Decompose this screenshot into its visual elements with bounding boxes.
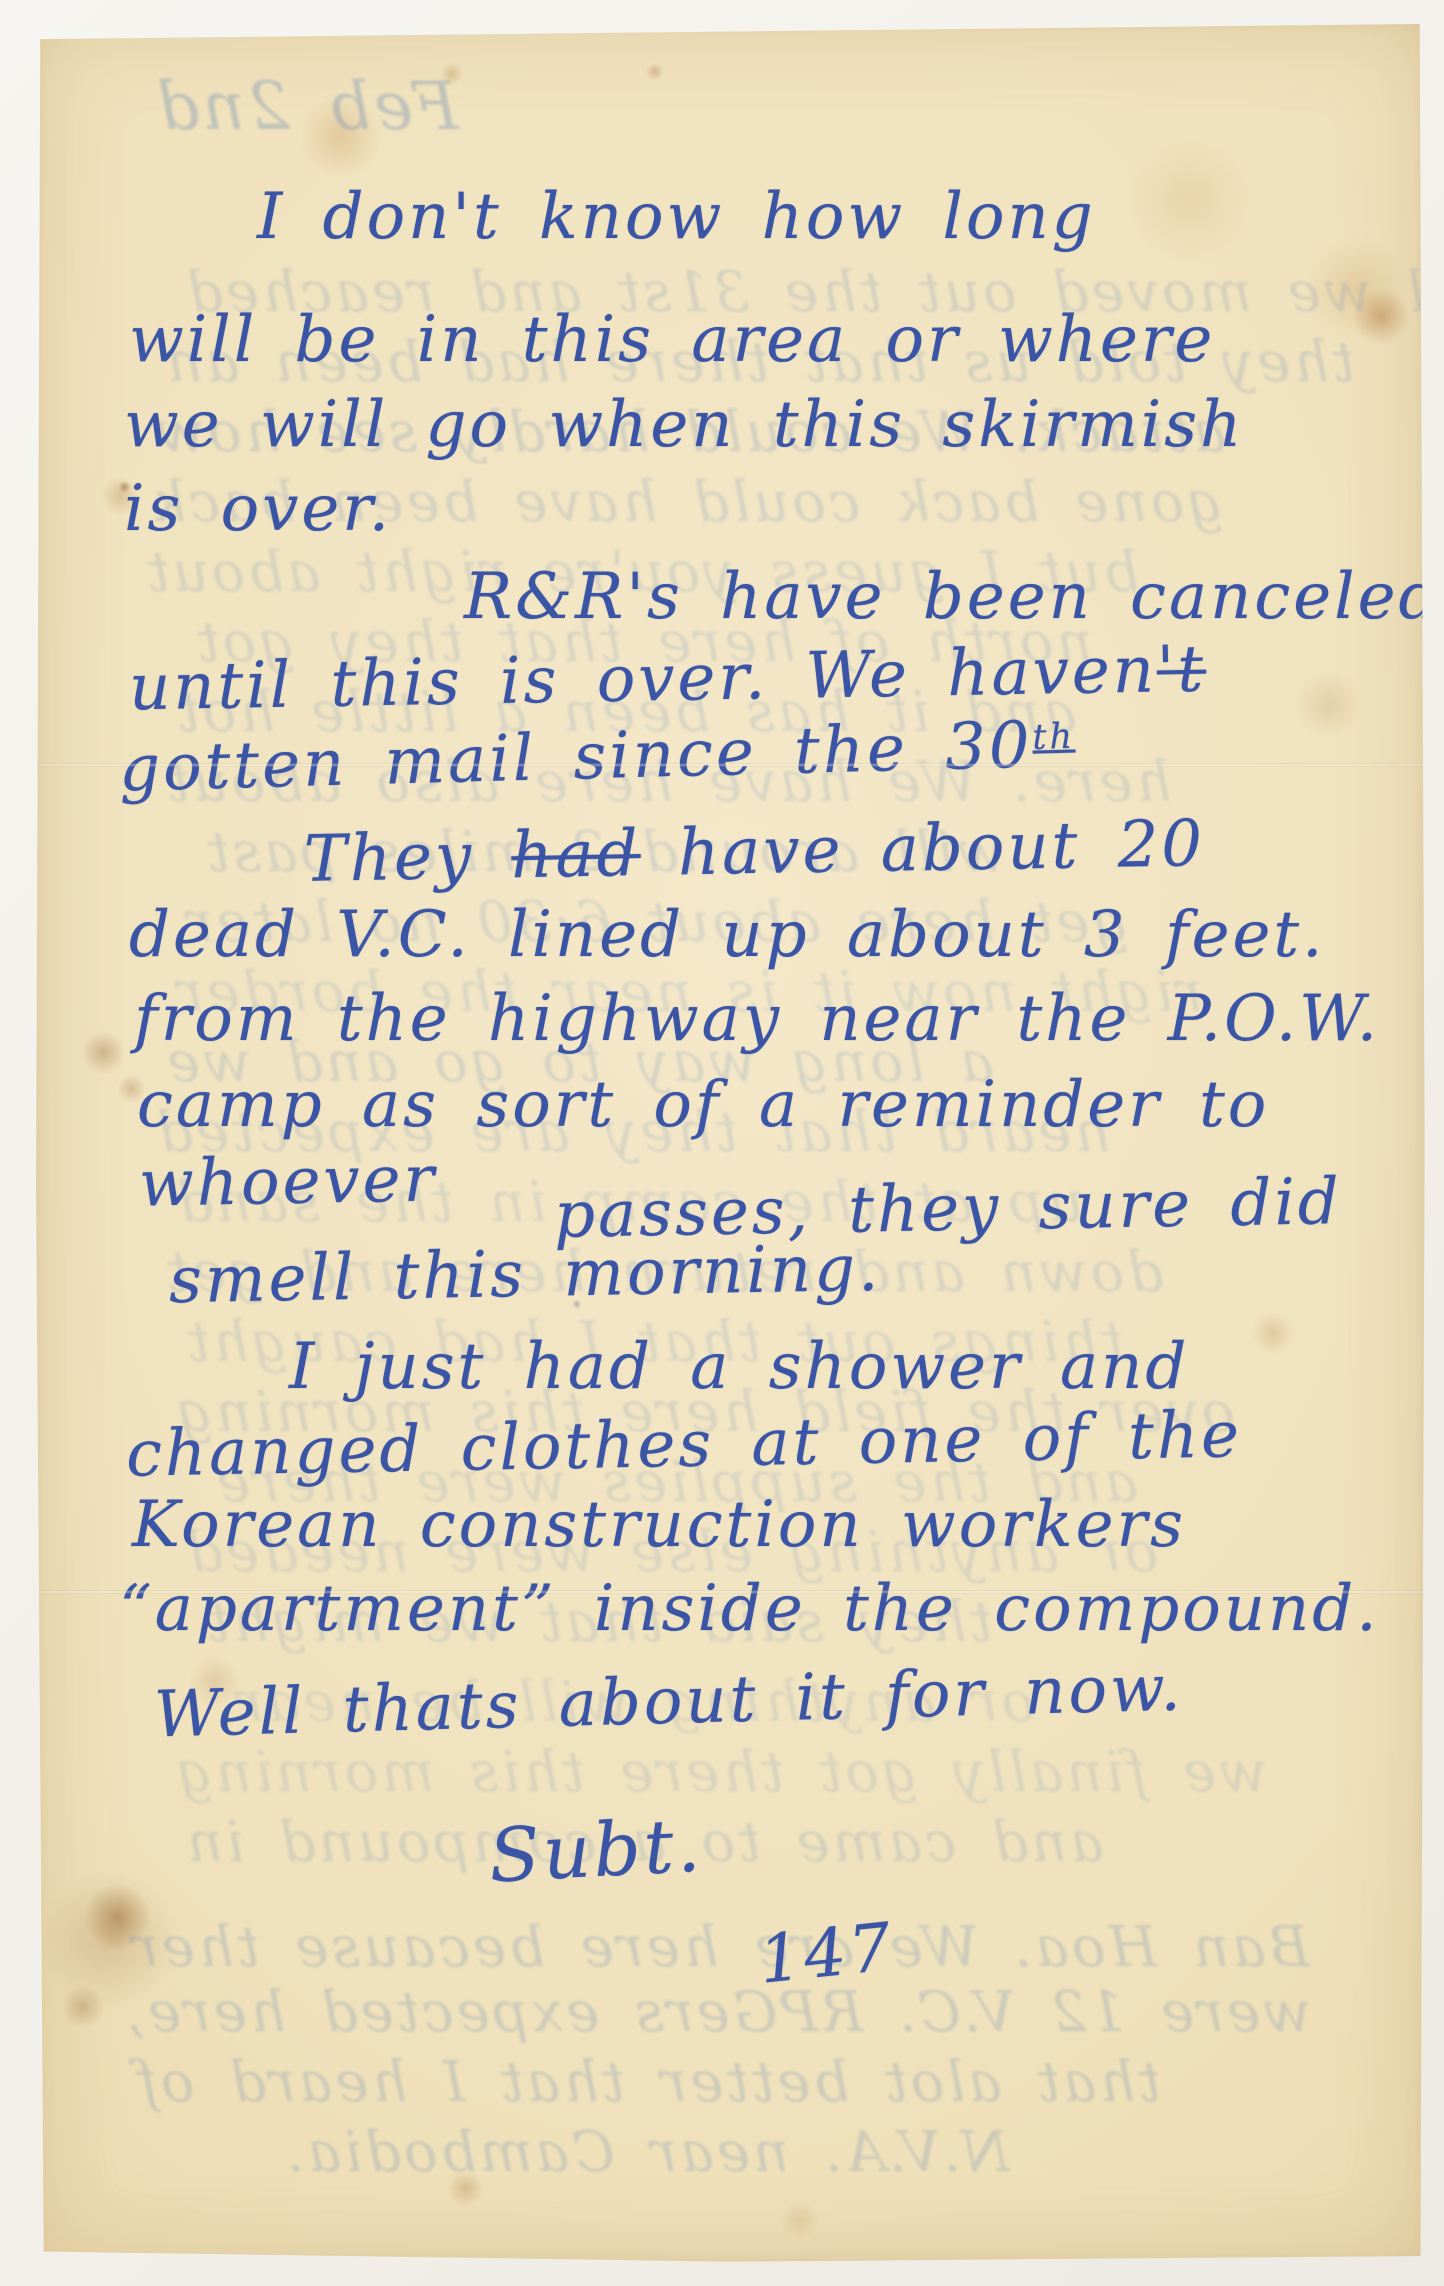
line-18: Well thats about it for now. [153,1652,1184,1753]
line-4: is over. [124,472,392,546]
bleedthrough-line: that alot better that I heard of [134,2050,1161,2115]
bleedthrough-line: were 12 V.C. RPGers expected here, [124,1980,1311,2045]
struck-text: 't [1156,633,1207,708]
ink-text: have about 20 [640,807,1206,891]
scan-background: Feb 2ndWell we moved out the 31st and re… [0,0,1444,2286]
bleedthrough-line: we finally got there this morning [174,1740,1267,1805]
ink-text: I just had a shower and [289,1330,1189,1404]
line-3: we will go when this skirmish [124,388,1244,462]
ink-text: camp as sort of a reminder to [137,1068,1269,1142]
ink-text: whoever [138,1142,437,1221]
page-number: 147 [755,1908,897,1999]
line-8: They had have about 20 [303,807,1205,897]
line-11: camp as sort of a reminder to [137,1068,1269,1142]
line-2: will be in this area or where [129,303,1215,377]
ink-text: will be in this area or where [129,303,1215,377]
ink-text: Well thats about it for now. [153,1652,1184,1753]
line-5: R&R's have been canceled [464,560,1442,634]
ink-text: from the highway near the P.O.W. [134,982,1380,1056]
line-12a: whoever [138,1142,437,1221]
ink-text: dead V.C. lined up about 3 feet. [129,898,1325,972]
ink-text: we will go when this skirmish [124,388,1244,462]
ink-text: is over. [124,472,392,546]
line-16: Korean construction workers [132,1488,1186,1562]
superscript-text: th [1032,716,1076,758]
ink-text: R&R's have been canceled [464,560,1442,634]
ink-text: I don't know how long [257,180,1096,254]
line-10: from the highway near the P.O.W. [134,982,1380,1056]
ink-text: Korean construction workers [132,1488,1186,1562]
line-13: smell this morning. [168,1232,881,1318]
ink-text: They [303,819,512,897]
ink-text: smell this morning. [168,1232,881,1318]
ink-text: 147 [755,1908,897,1999]
ink-text: changed clothes at one of the [125,1398,1242,1491]
line-15: changed clothes at one of the [125,1398,1242,1491]
ink-text: “apartment” inside the compound. [119,1572,1380,1646]
bleedthrough-line: N.V.A. near Cambodia. [284,2120,1010,2185]
line-14: I just had a shower and [289,1330,1189,1404]
line-17: “apartment” inside the compound. [119,1572,1380,1646]
letter-page: Feb 2ndWell we moved out the 31st and re… [34,20,1426,2265]
ink-text: gotten mail since the 30 [118,709,1033,807]
struck-text: had [511,817,642,893]
line-1: I don't know how long [257,180,1096,254]
bleedthrough-line: Feb 2nd [154,68,458,145]
ink-text: Subt. [487,1802,705,1899]
line-9: dead V.C. lined up about 3 feet. [129,898,1325,972]
bleedthrough-line: Ban Hoa. We are here because ther [129,1915,1310,1980]
signature: Subt. [487,1802,705,1899]
